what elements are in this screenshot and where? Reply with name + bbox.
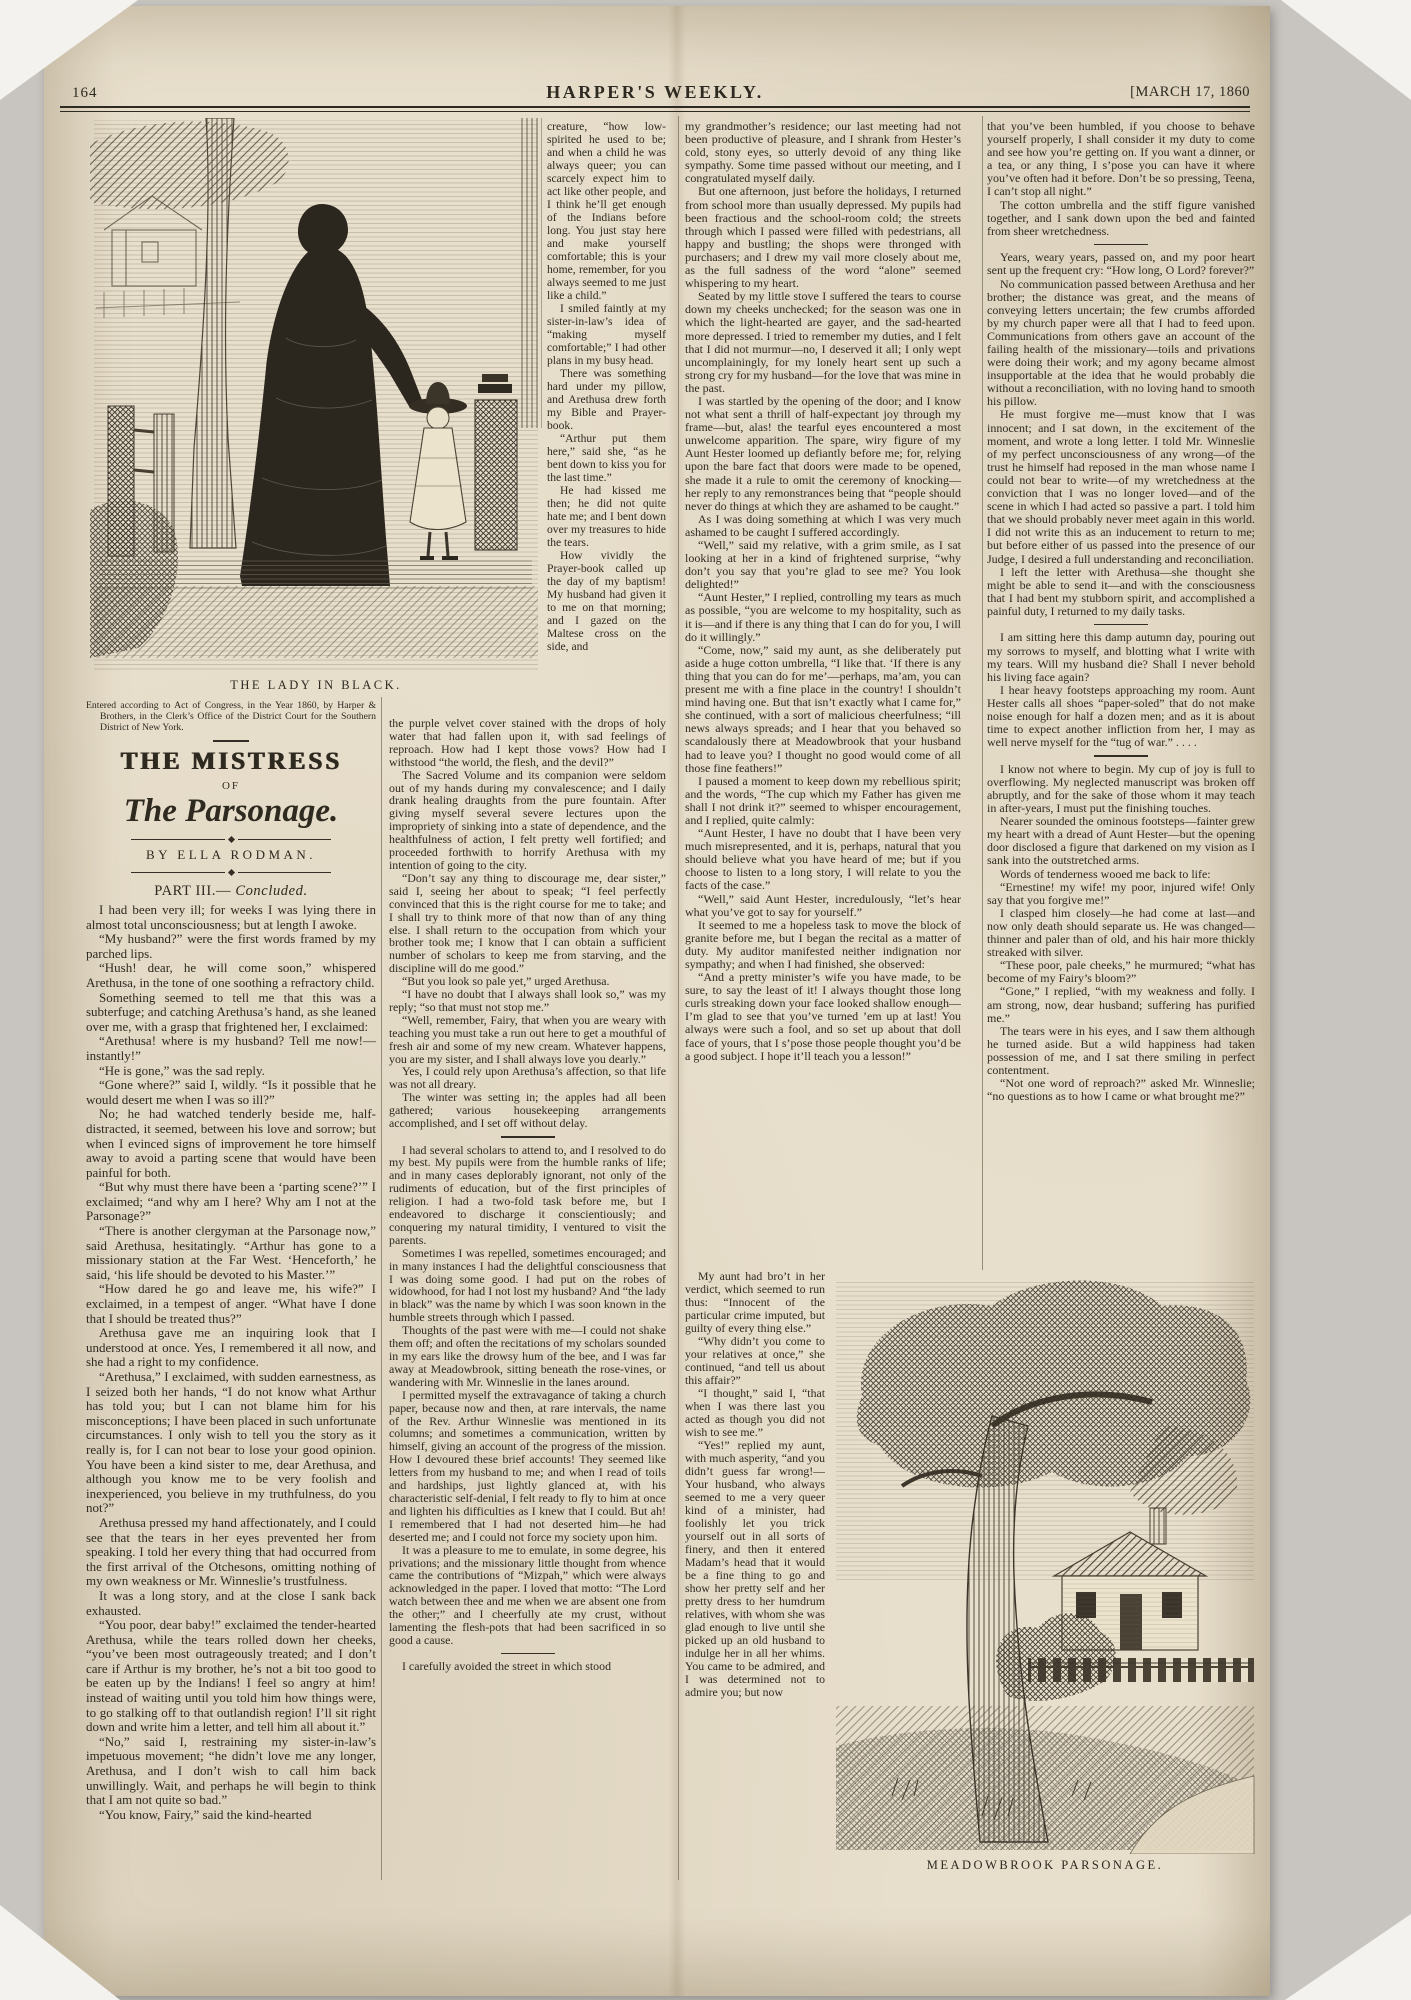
- story-paragraph: “Aunt Hester, I have no doubt that I hav…: [685, 827, 961, 892]
- gate-rail: [134, 430, 154, 432]
- header-double-rule: [60, 106, 1250, 112]
- section-separator-rule: [501, 1653, 555, 1655]
- story-paragraph: Arethusa gave me an inquiring look that …: [86, 1326, 376, 1370]
- section-separator-rule: [1094, 755, 1148, 757]
- story-paragraph: my grandmother’s residence; our last mee…: [685, 120, 961, 185]
- short-rule: [213, 740, 249, 741]
- copyright-notice: Entered according to Act of Congress, in…: [86, 701, 376, 733]
- story-paragraph: The tears were in his eyes, and I saw th…: [987, 1025, 1255, 1077]
- story-paragraph: the purple velvet cover stained with the…: [389, 717, 666, 769]
- story-paragraph: “No,” said I, restraining my sister-in-l…: [86, 1735, 376, 1808]
- story-paragraph: As I was doing something at which I was …: [685, 513, 961, 539]
- story-paragraph: I had been very ill; for weeks I was lyi…: [86, 903, 376, 932]
- story-paragraph: “My husband?” were the first words frame…: [86, 932, 376, 961]
- story-paragraph: I hear heavy footsteps approaching my ro…: [987, 684, 1255, 749]
- story-paragraph: It was a pleasure to me to emulate, in s…: [389, 1544, 666, 1647]
- story-paragraph: “Hush! dear, he will come soon,” whisper…: [86, 961, 376, 990]
- story-paragraph: Arethusa pressed my hand affectionately,…: [86, 1516, 376, 1589]
- story-paragraph: No communication passed between Arethusa…: [987, 278, 1255, 409]
- story-paragraph: “Come, now,” said my aunt, as she delibe…: [685, 644, 961, 775]
- story-paragraph: He had kissed me then; he did not quite …: [547, 484, 666, 549]
- story-paragraph: “Yes!” replied my aunt, with much asperi…: [685, 1439, 825, 1699]
- story-paragraph: “Well,” said my relative, with a grim sm…: [685, 539, 961, 591]
- byline: BY ELLA RODMAN.: [86, 847, 376, 863]
- story-paragraph: My aunt had bro’t in her verdict, which …: [685, 1270, 825, 1335]
- column-rule-3: [982, 116, 983, 1270]
- section-separator-rule: [501, 1136, 555, 1138]
- story-paragraph: Seated by my little stove I suffered the…: [685, 290, 961, 395]
- story-paragraph: The Sacred Volume and its companion were…: [389, 769, 666, 872]
- story-paragraph: “But why must there have been a ‘parting…: [86, 1180, 376, 1224]
- story-paragraph: “These poor, pale cheeks,” he murmured; …: [987, 959, 1255, 985]
- story-paragraph: “Not one word of reproach?” asked Mr. Wi…: [987, 1077, 1255, 1103]
- diamond-ornament: [227, 869, 234, 876]
- story-paragraph: I left the letter with Arethusa—she thou…: [987, 566, 1255, 618]
- story-paragraph: I carefully avoided the street in which …: [389, 1660, 666, 1673]
- story-paragraph: I smiled faintly at my sister-in-law’s i…: [547, 302, 666, 367]
- scanned-newspaper-photo: 164 HARPER'S WEEKLY. [MARCH 17, 1860: [0, 0, 1411, 2000]
- column-2-wide-text: the purple velvet cover stained with the…: [389, 717, 666, 1673]
- column-rule-2: [678, 116, 679, 1880]
- gate-rail: [134, 470, 154, 472]
- story-paragraph: But one afternoon, just before the holid…: [685, 185, 961, 290]
- story-paragraph: “Gone,” I replied, “with my weakness and…: [987, 985, 1255, 1024]
- story-paragraph: Words of tenderness wooed me back to lif…: [987, 868, 1255, 881]
- story-paragraph: “Arethusa! where is my husband? Tell me …: [86, 1034, 376, 1063]
- story-paragraph: “Don’t say any thing to discourage me, d…: [389, 872, 666, 975]
- issue-date: [MARCH 17, 1860: [900, 84, 1250, 101]
- story-paragraph: Something seemed to tell me that this wa…: [86, 991, 376, 1035]
- story-paragraph: I clasped him closely—he had come at las…: [987, 907, 1255, 959]
- part-label: PART III.—: [154, 883, 231, 899]
- story-paragraph: “Aunt Hester,” I replied, controlling my…: [685, 591, 961, 643]
- column-3-narrow-text: My aunt had bro’t in her verdict, which …: [685, 1270, 825, 1880]
- ornament-rule: [131, 837, 331, 842]
- story-paragraph: It was a long story, and at the close I …: [86, 1589, 376, 1618]
- story-paragraph: “Ernestine! my wife! my poor, injured wi…: [987, 881, 1255, 907]
- part-status: Concluded.: [235, 883, 307, 899]
- section-separator-rule: [1094, 624, 1148, 626]
- story-paragraph: I know not where to begin. My cup of joy…: [987, 763, 1255, 815]
- story-paragraph: The cotton umbrella and the stiff figure…: [987, 199, 1255, 238]
- ornament-rule: [131, 870, 331, 875]
- story-paragraph: The winter was setting in; the apples ha…: [389, 1091, 666, 1130]
- story-paragraph: No; he had watched tenderly beside me, h…: [86, 1107, 376, 1180]
- column-2-narrow-text: creature, “how low-spirited he used to b…: [547, 120, 666, 717]
- story-paragraph: “And a pretty minister’s wife you have m…: [685, 971, 961, 1063]
- article-title-line1: THE MISTRESS: [86, 748, 376, 776]
- article-title-line2: The Parsonage.: [86, 793, 376, 830]
- story-paragraph: Sometimes I was repelled, sometimes enco…: [389, 1247, 666, 1324]
- article-title-of: OF: [86, 780, 376, 792]
- story-paragraph: that you’ve been humbled, if you choose …: [987, 120, 1255, 199]
- story-paragraph: He must forgive me—must know that I was …: [987, 408, 1255, 565]
- story-paragraph: “You know, Fairy,” said the kind-hearted: [86, 1808, 376, 1823]
- story-paragraph: There was something hard under my pillow…: [547, 367, 666, 432]
- photo-corner: [1281, 0, 1411, 100]
- story-paragraph: “Well,” said Aunt Hester, incredulously,…: [685, 893, 961, 919]
- story-paragraph: I had several scholars to attend to, and…: [389, 1144, 666, 1247]
- story-paragraph: I was startled by the opening of the doo…: [685, 395, 961, 513]
- story-paragraph: It seemed to me a hopeless task to move …: [685, 919, 961, 971]
- story-paragraph: “I thought,” said I, “that when I was th…: [685, 1387, 825, 1439]
- story-paragraph: I paused a moment to keep down my rebell…: [685, 775, 961, 827]
- story-paragraph: “You poor, dear baby!” exclaimed the ten…: [86, 1618, 376, 1735]
- meadowbrook-parsonage-illustration: [832, 1276, 1258, 1854]
- story-paragraph: “Arethusa,” I exclaimed, with sudden ear…: [86, 1370, 376, 1516]
- text-column-1: I had been very ill; for weeks I was lyi…: [86, 903, 376, 1883]
- story-paragraph: “Gone where?” said I, wildly. “Is it pos…: [86, 1078, 376, 1107]
- story-paragraph: I permitted myself the extravagance of t…: [389, 1389, 666, 1544]
- story-paragraph: “There is another clergyman at the Parso…: [86, 1224, 376, 1282]
- story-paragraph: creature, “how low-spirited he used to b…: [547, 120, 666, 302]
- story-paragraph: Nearer sounded the ominous footsteps—fai…: [987, 815, 1255, 867]
- story-paragraph: Yes, I could rely upon Arethusa’s affect…: [389, 1065, 666, 1091]
- story-paragraph: “Why didn’t you come to your relatives a…: [685, 1335, 825, 1387]
- diamond-ornament: [227, 836, 234, 843]
- story-paragraph: How vividly the Prayer-book called up th…: [547, 549, 666, 653]
- story-paragraph: “Well, remember, Fairy, that when you ar…: [389, 1014, 666, 1066]
- story-paragraph: “How dared he go and leave me, his wife?…: [86, 1282, 376, 1326]
- photo-corner: [1285, 1914, 1411, 2000]
- text-column-2: creature, “how low-spirited he used to b…: [389, 120, 666, 1882]
- column-rule-1: [381, 697, 382, 1880]
- part-heading: PART III.— Concluded.: [86, 883, 376, 900]
- section-separator-rule: [1094, 244, 1148, 246]
- text-column-4: that you’ve been humbled, if you choose …: [987, 120, 1255, 1272]
- illustration-caption: MEADOWBROOK PARSONAGE.: [832, 1858, 1258, 1873]
- article-title-block: Entered according to Act of Congress, in…: [86, 701, 376, 900]
- story-paragraph: Years, weary years, passed on, and my po…: [987, 251, 1255, 277]
- story-paragraph: Thoughts of the past were with me—I coul…: [389, 1324, 666, 1389]
- story-paragraph: “Arthur put them here,” said she, “as he…: [547, 432, 666, 484]
- story-paragraph: I am sitting here this damp autumn day, …: [987, 631, 1255, 683]
- story-paragraph: “He is gone,” was the sad reply.: [86, 1064, 376, 1079]
- story-paragraph: “I have no doubt that I always shall loo…: [389, 988, 666, 1014]
- page-center-fold: [668, 6, 686, 1996]
- column-3-wide-text: my grandmother’s residence; our last mee…: [685, 120, 961, 1270]
